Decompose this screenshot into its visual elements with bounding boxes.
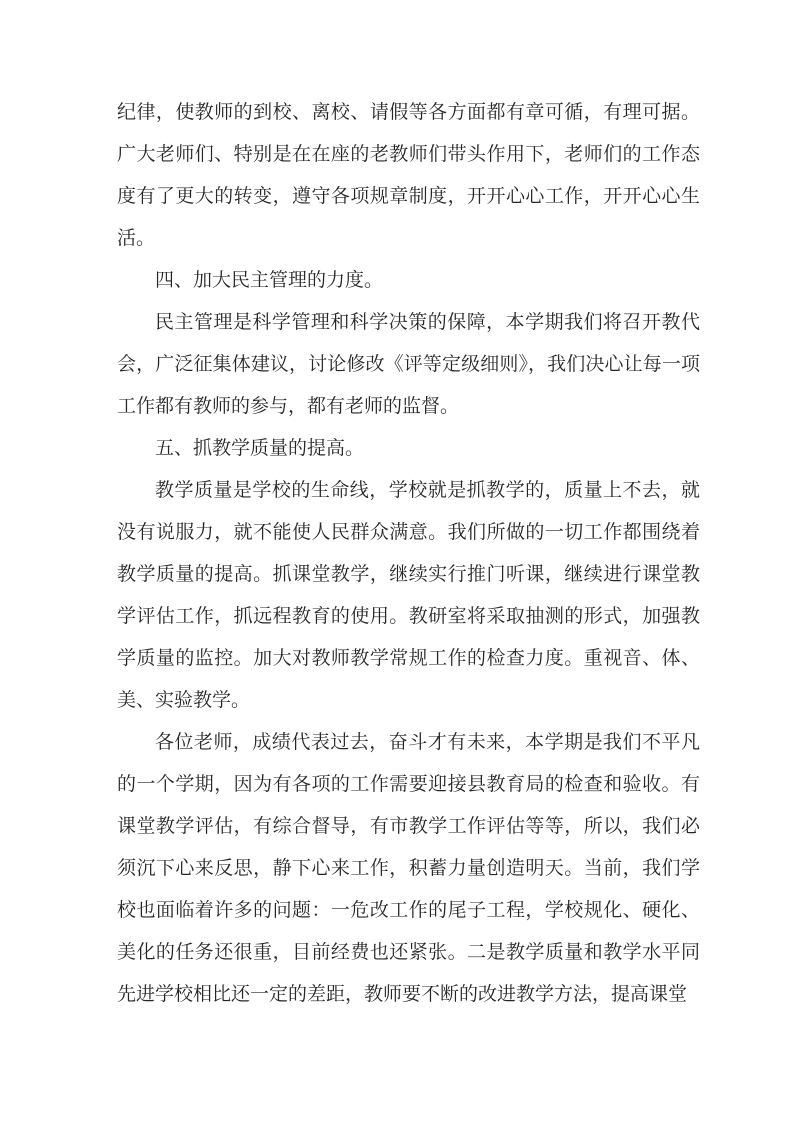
paragraph-continuation: 纪律，使教师的到校、离校、请假等各方面都有章可循，有理可据。广大老师们、特别是在… <box>117 92 700 260</box>
section-heading-four: 四、加大民主管理的力度。 <box>117 260 700 302</box>
document-page: 纪律，使教师的到校、离校、请假等各方面都有章可循，有理可据。广大老师们、特别是在… <box>0 0 793 1122</box>
paragraph-democratic-management: 民主管理是科学管理和科学决策的保障，本学期我们将召开教代会，广泛征集体建议，讨论… <box>117 302 700 428</box>
document-body: 纪律，使教师的到校、离校、请假等各方面都有章可循，有理可据。广大老师们、特别是在… <box>117 92 700 1016</box>
paragraph-teaching-quality: 教学质量是学校的生命线，学校就是抓教学的，质量上不去，就没有说服力，就不能使人民… <box>117 470 700 722</box>
section-heading-five: 五、抓教学质量的提高。 <box>117 428 700 470</box>
paragraph-closing-remarks: 各位老师，成绩代表过去，奋斗才有未来，本学期是我们不平凡的一个学期，因为有各项的… <box>117 722 700 1016</box>
